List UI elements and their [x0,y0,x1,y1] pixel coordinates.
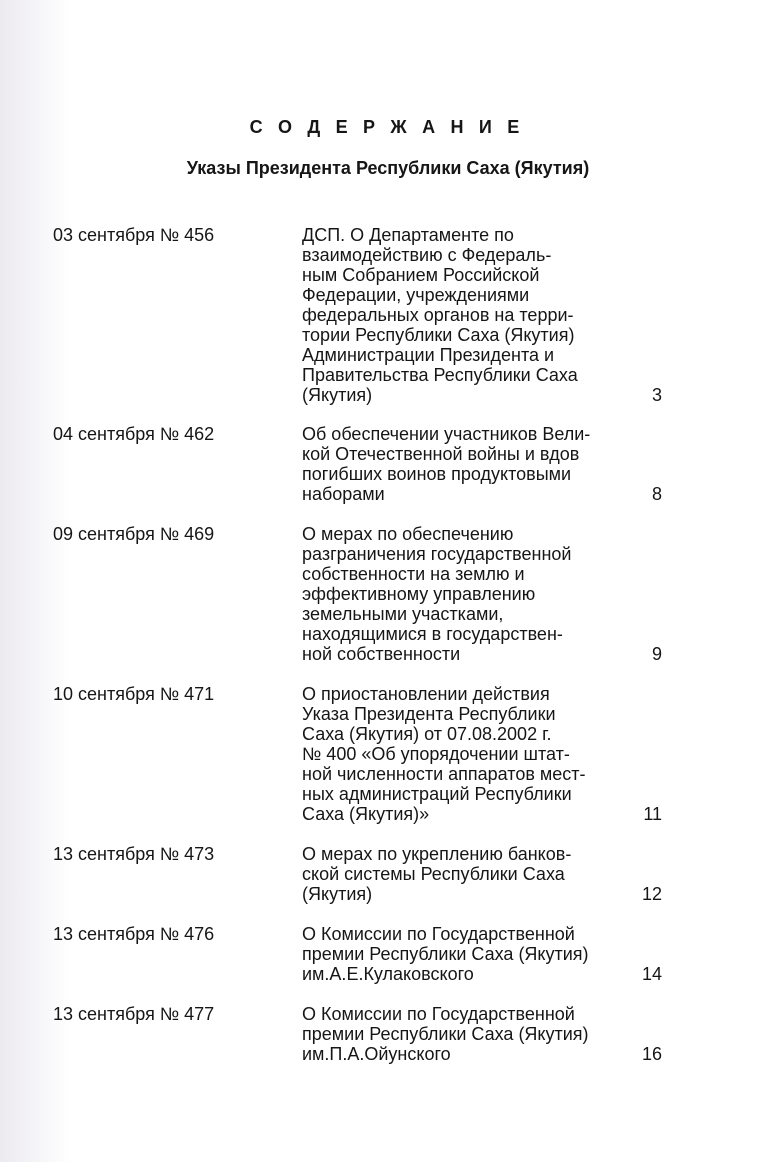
entry-page-number: 12 [642,884,662,904]
entry-description: О мерах по укреплению банков- ской систе… [302,844,632,904]
entry-description: О мерах по обеспечению разграничения гос… [302,524,632,664]
entry-date: 04 сентября № 462 [53,424,214,444]
section-heading: Указы Президента Республики Саха (Якутия… [0,158,764,179]
entry-description: О Комиссии по Государственной премии Рес… [302,1004,632,1064]
entry-date: 03 сентября № 456 [53,225,214,245]
page-title: С О Д Е Р Ж А Н И Е [0,117,764,138]
entry-date: 13 сентября № 473 [53,844,214,864]
entry-description: ДСП. О Департаменте по взаимодействию с … [302,225,632,405]
entry-page-number: 9 [652,644,662,664]
entry-description: О приостановлении действия Указа Президе… [302,684,632,824]
entry-description: Об обеспечении участников Вели- кой Отеч… [302,424,632,504]
entry-page-number: 14 [642,964,662,984]
entry-page-number: 11 [643,804,662,824]
document-page: С О Д Е Р Ж А Н И Е Указы Президента Рес… [0,0,764,1162]
entry-date: 13 сентября № 477 [53,1004,214,1024]
entry-date: 10 сентября № 471 [53,684,214,704]
entry-description: О Комиссии по Государственной премии Рес… [302,924,632,984]
entry-date: 09 сентября № 469 [53,524,214,544]
entry-page-number: 3 [652,385,662,405]
entry-page-number: 16 [642,1044,662,1064]
entry-date: 13 сентября № 476 [53,924,214,944]
entry-page-number: 8 [652,484,662,504]
